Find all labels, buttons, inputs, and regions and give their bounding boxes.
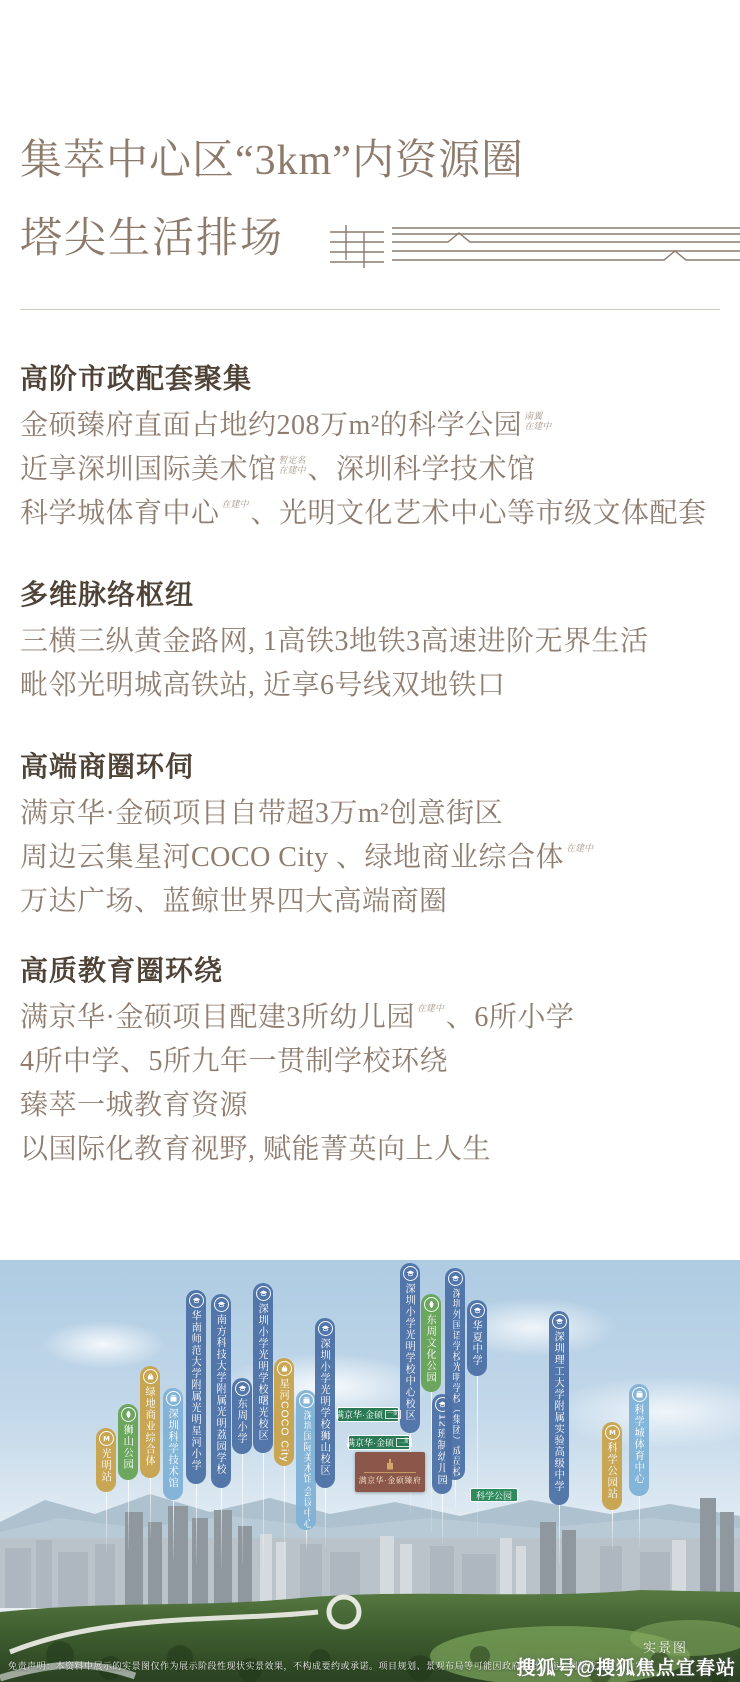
body-line: 4所中学、5所九年一贯制学校环绕 [20, 1040, 730, 1084]
board-rule [364, 1472, 417, 1473]
section-heading: 多维脉络枢纽 [20, 572, 730, 620]
section-civic: 高阶市政配套聚集 金硕臻府直面占地约208万m²的科学公园南翼在建中 近享深圳国… [20, 356, 730, 536]
science-park-sign: 科学公园 [470, 1488, 518, 1502]
map-label-coco-city: 星河COCO City [274, 1358, 294, 1466]
watermark: 搜狐号@搜狐焦点宜春站 [516, 1653, 736, 1680]
map-label-intl-art-museum: 深圳国际美术馆 会议中心 [296, 1390, 316, 1530]
project-name: 满京华·金硕臻府 [359, 1475, 422, 1486]
body-line: 毗邻光明城高铁站, 近享6号线双地铁口 [20, 664, 730, 708]
construction-note: 在建中 [566, 843, 593, 853]
section-heading: 高端商圈环伺 [20, 744, 730, 792]
aerial-photo: 光明站 狮山公园 绿地商业综合体 深圳科学技术馆 华南师范大学附属光明星河小学 … [0, 1260, 740, 1682]
map-label-sustech-school: 南方科技大学附属光明荔园学校 [211, 1294, 231, 1488]
map-label-science-park-station: 科学公园站 [602, 1422, 622, 1510]
project-board: 满京华·金硕臻府 [355, 1452, 425, 1492]
school-icon [403, 1266, 418, 1281]
construction-note: 南翼在建中 [524, 411, 551, 431]
construction-note: 在建中 [222, 499, 249, 509]
venue-icon [166, 1391, 181, 1406]
section-heading: 高质教育圈环绕 [20, 948, 730, 996]
map-label-ligong-high: 深圳理工大学附属实验高级中学 [549, 1311, 569, 1505]
construction-note: 在建中 [417, 1003, 444, 1013]
body-line: 科学城体育中心在建中、光明文化艺术中心等市级文体配套 [20, 492, 730, 536]
venue-icon [632, 1387, 647, 1402]
school-icon [189, 1293, 204, 1308]
body-line: 万达广场、蓝鲸世界四大高端商圈 [20, 880, 730, 924]
body-line: 近享深圳国际美术馆暂定名在建中、深圳科学技术馆 [20, 448, 730, 492]
map-label-central-campus: 深圳小学光明学校中心校区 [400, 1263, 420, 1433]
school-icon [235, 1381, 250, 1396]
school-icon [214, 1297, 229, 1312]
map-label-foreign-language-school: 深圳外国语学校光明学校（集团）成员校 [445, 1268, 465, 1480]
school-icon [448, 1271, 463, 1286]
section-heading: 高阶市政配套聚集 [20, 356, 730, 404]
section-business: 高端商圈环伺 满京华·金硕项目自带超3万m²创意街区 周边云集星河COCO Ci… [20, 744, 730, 924]
body-line: 满京华·金硕项目自带超3万m²创意街区 [20, 792, 730, 836]
metro-icon [605, 1425, 620, 1440]
body-line: 满京华·金硕项目配建3所幼儿园在建中、6所小学 [20, 996, 730, 1040]
body-line: 以国际化教育视野, 赋能菁英向上人生 [20, 1128, 730, 1172]
map-label-huaxia-middle: 华夏中学 [467, 1300, 487, 1376]
title-line-1: 集萃中心区“3km”内资源圈 [20, 128, 524, 194]
map-label-guangming-station: 光明站 [96, 1428, 116, 1492]
map-label-sports-center: 科学城体育中心 [629, 1384, 649, 1496]
map-label-shuguang-campus: 深圳小学光明学校曙光校区 [253, 1283, 273, 1453]
park-icon [121, 1407, 136, 1422]
map-label-shishan-campus: 深圳小学光明学校狮山校区 [315, 1318, 335, 1488]
mall-icon [277, 1361, 292, 1376]
body-line: 周边云集星河COCO City 、绿地商业综合体在建中 [20, 836, 730, 880]
map-label-shishan-park: 狮山公园 [118, 1404, 138, 1480]
body-line: 三横三纵黄金路网, 1高铁3地铁3高速进阶无界生活 [20, 620, 730, 664]
map-label-dongzhou-culture-park: 东周文化公园 [421, 1294, 441, 1392]
construction-note: 暂定名在建中 [279, 455, 306, 475]
map-label-greenland-complex: 绿地商业综合体 [140, 1366, 160, 1478]
body-line: 金硕臻府直面占地约208万m²的科学公园南翼在建中 [20, 404, 730, 448]
section-transport: 多维脉络枢纽 三横三纵黄金路网, 1高铁3地铁3高速进阶无界生活 毗邻光明城高铁… [20, 572, 730, 708]
school-icon [256, 1286, 271, 1301]
school-icon [552, 1314, 567, 1329]
metro-icon [99, 1431, 114, 1446]
map-label-huanan-primary: 华南师范大学附属光明星河小学 [186, 1290, 206, 1484]
school-icon [318, 1321, 333, 1336]
road-sign-phase2: 满京华·金硕二期 [348, 1435, 410, 1450]
page: { "title": { "line1": "集萃中心区“3km”内资源圈", … [0, 0, 740, 1682]
project-logo-icon [385, 1459, 395, 1470]
map-label-dongzhou-primary: 东周小学 [232, 1378, 252, 1454]
road-sign-phase1: 满京华·金硕一期 [337, 1407, 399, 1422]
school-icon [470, 1303, 485, 1318]
mall-icon [143, 1369, 158, 1384]
title-deco-lines [328, 220, 740, 270]
park-icon [424, 1297, 439, 1312]
map-label-science-museum: 深圳科学技术馆 [163, 1388, 183, 1500]
section-education: 高质教育圈环绕 满京华·金硕项目配建3所幼儿园在建中、6所小学 4所中学、5所九… [20, 948, 730, 1172]
divider [20, 309, 720, 310]
venue-icon [299, 1393, 314, 1408]
body-line: 臻萃一城教育资源 [20, 1084, 730, 1128]
